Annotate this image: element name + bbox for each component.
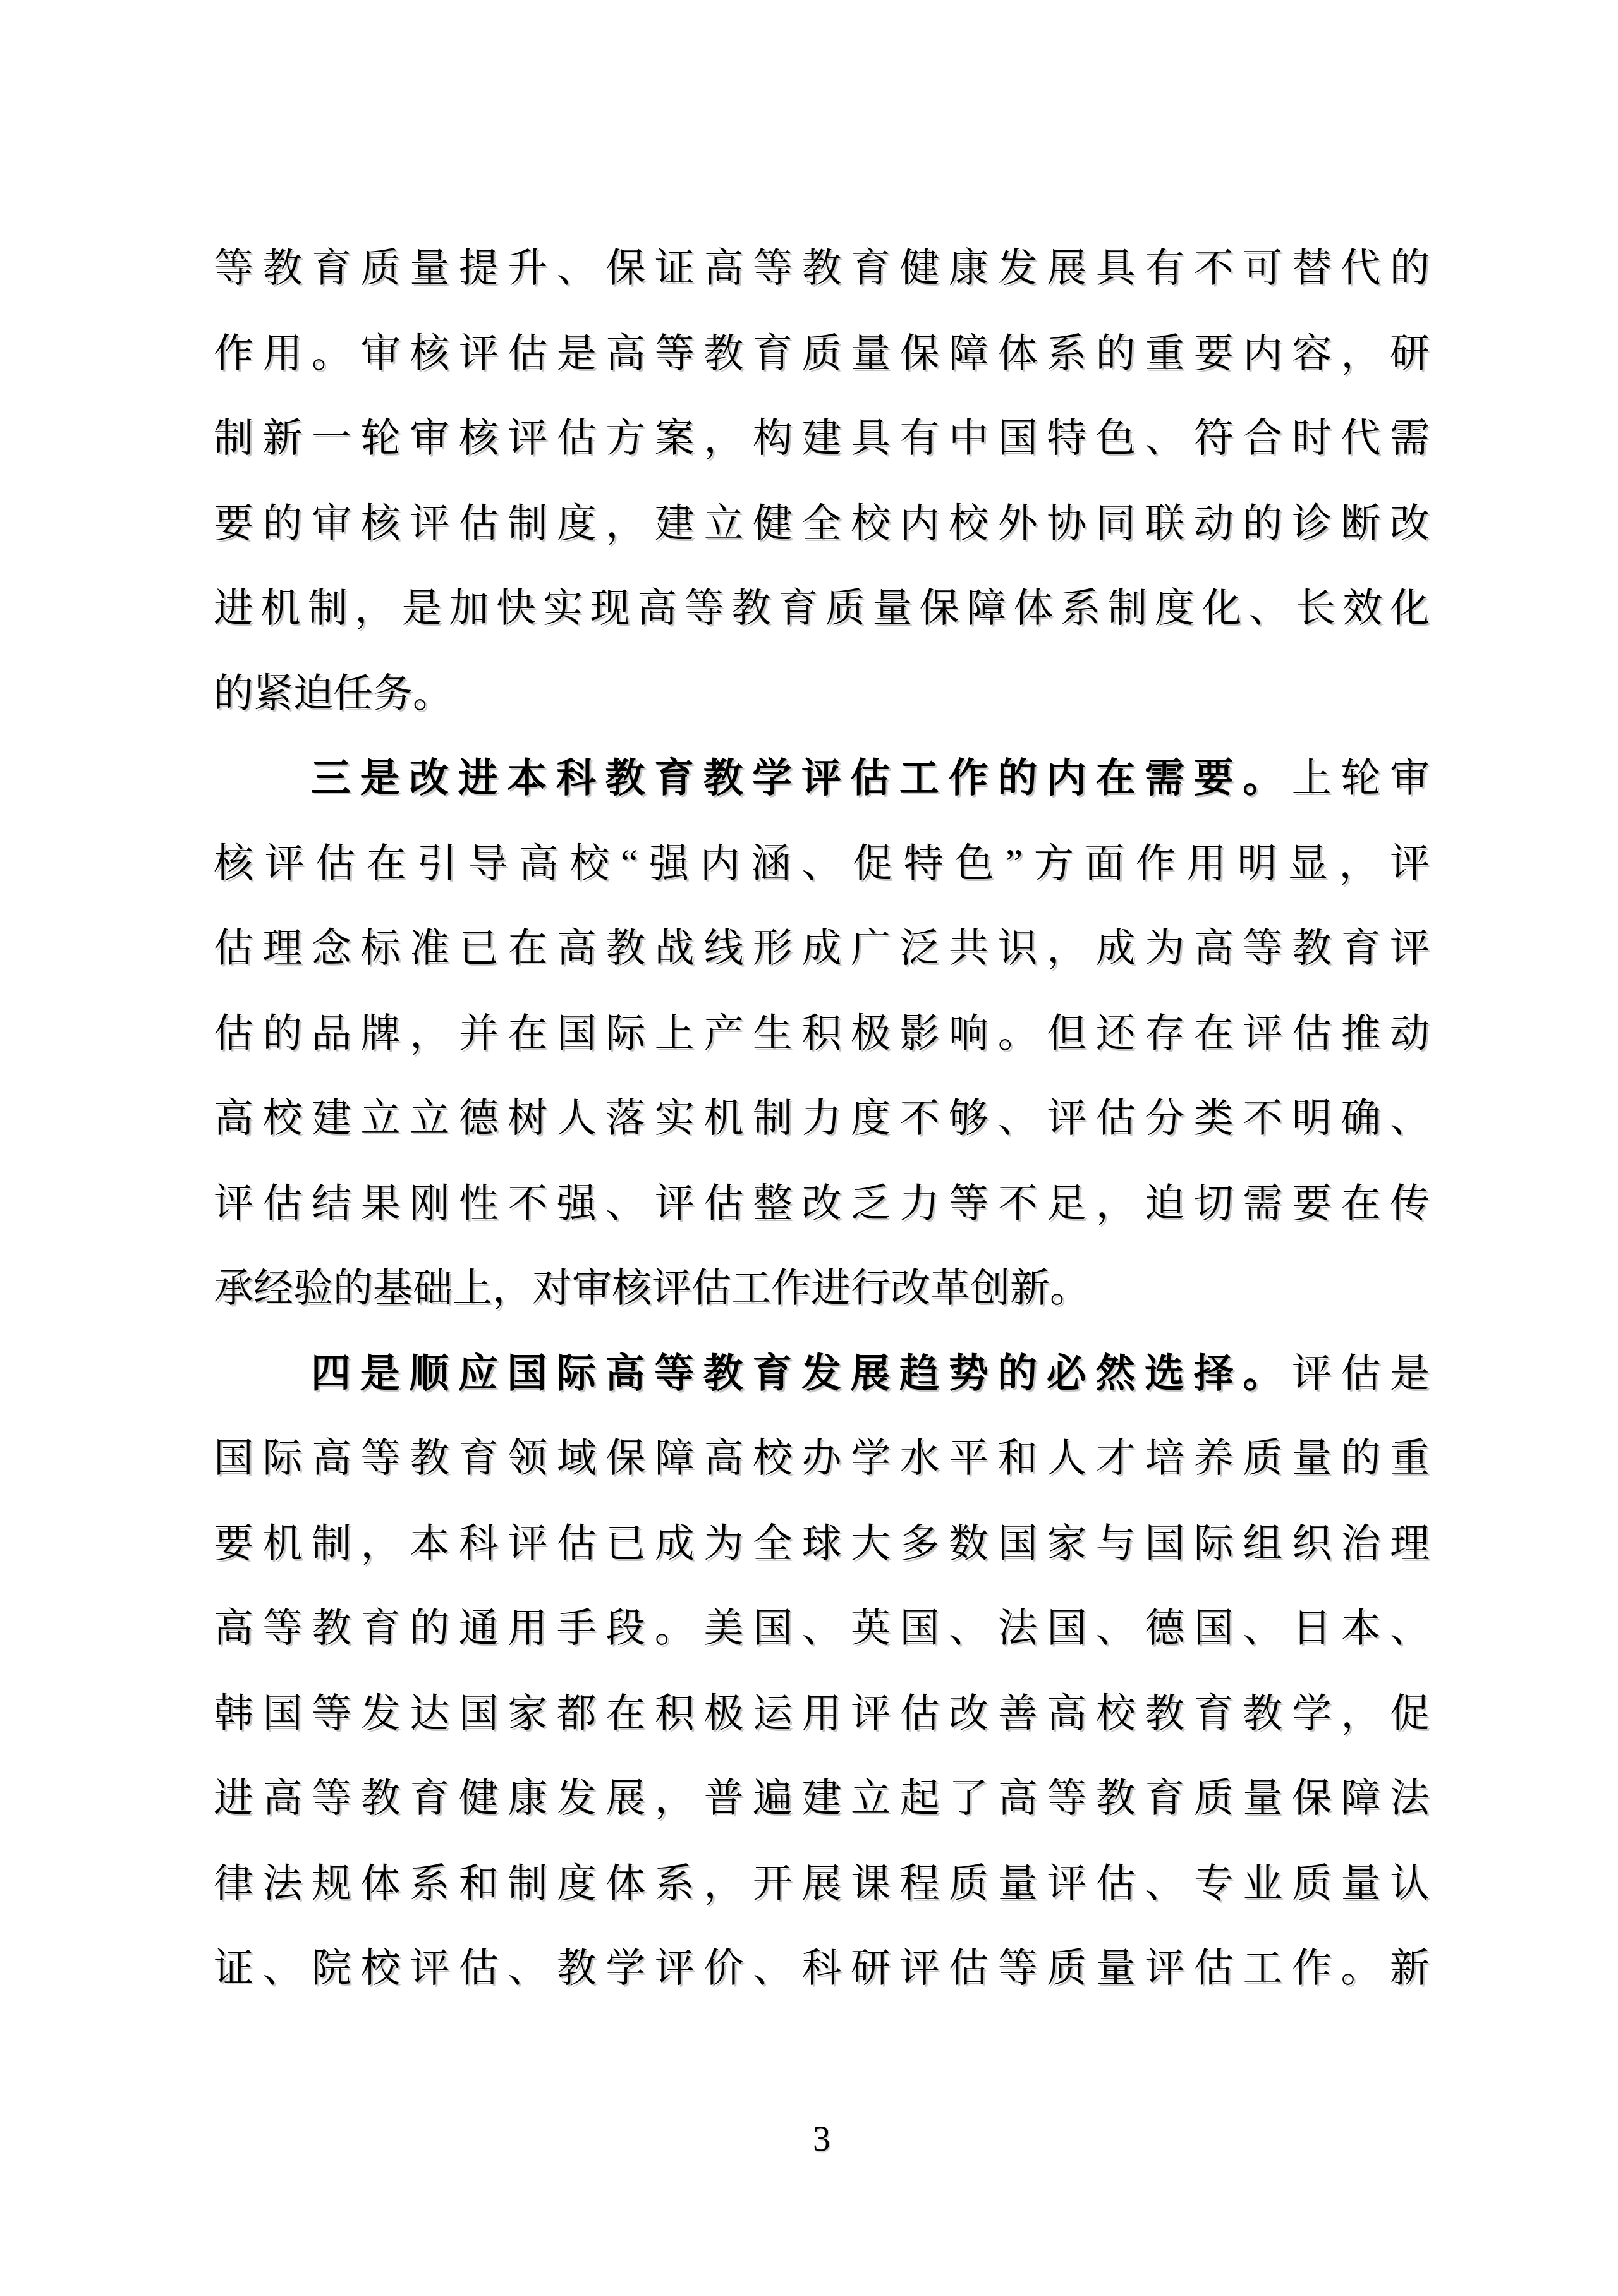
text-run: 进机制，是加快实现高等教育质量保障体系制度化、长效化 xyxy=(214,586,1430,630)
text-line: 制新一轮审核评估方案，构建具有中国特色、符合时代需 xyxy=(214,396,1430,481)
text-line: 进机制，是加快实现高等教育质量保障体系制度化、长效化 xyxy=(214,566,1430,651)
bold-heading-run: 三是改进本科教育教学评估工作的内在需要。 xyxy=(311,756,1292,800)
text-run: 核评估在引导高校“强内涵、促特色”方面作用明显，评 xyxy=(214,841,1430,885)
text-line: 作用。审核评估是高等教育质量保障体系的重要内容，研 xyxy=(214,311,1430,396)
text-line: 进高等教育健康发展，普遍建立起了高等教育质量保障法 xyxy=(214,1756,1430,1841)
text-run: 国际高等教育领域保障高校办学水平和人才培养质量的重 xyxy=(214,1436,1430,1480)
text-line: 的紧迫任务。 xyxy=(214,651,1430,736)
text-run: 评估是 xyxy=(1292,1351,1430,1395)
text-line: 高等教育的通用手段。美国、英国、法国、德国、日本、 xyxy=(214,1586,1430,1671)
text-run: 进高等教育健康发展，普遍建立起了高等教育质量保障法 xyxy=(214,1776,1430,1820)
text-line: 承经验的基础上，对审核评估工作进行改革创新。 xyxy=(214,1246,1430,1331)
text-run: 要机制，本科评估已成为全球大多数国家与国际组织治理 xyxy=(214,1521,1430,1565)
document-body: 等教育质量提升、保证高等教育健康发展具有不可替代的作用。审核评估是高等教育质量保… xyxy=(214,226,1430,2011)
text-run: 作用。审核评估是高等教育质量保障体系的重要内容，研 xyxy=(214,331,1430,375)
text-run: 估理念标准已在高教战线形成广泛共识，成为高等教育评 xyxy=(214,926,1430,970)
text-line: 要机制，本科评估已成为全球大多数国家与国际组织治理 xyxy=(214,1501,1430,1586)
page-number: 3 xyxy=(214,2097,1430,2182)
text-run: 高校建立立德树人落实机制力度不够、评估分类不明确、 xyxy=(214,1096,1430,1140)
text-line: 国际高等教育领域保障高校办学水平和人才培养质量的重 xyxy=(214,1416,1430,1501)
text-run: 韩国等发达国家都在积极运用评估改善高校教育教学，促 xyxy=(214,1691,1430,1735)
text-run: 律法规体系和制度体系，开展课程质量评估、专业质量认 xyxy=(214,1861,1430,1905)
text-line: 核评估在引导高校“强内涵、促特色”方面作用明显，评 xyxy=(214,821,1430,906)
text-run: 上轮审 xyxy=(1292,756,1430,800)
text-run: 估的品牌，并在国际上产生积极影响。但还存在评估推动 xyxy=(214,1011,1430,1055)
text-line: 要的审核评估制度，建立健全校内校外协同联动的诊断改 xyxy=(214,481,1430,566)
text-line: 评估结果刚性不强、评估整改乏力等不足，迫切需要在传 xyxy=(214,1161,1430,1246)
text-line: 律法规体系和制度体系，开展课程质量评估、专业质量认 xyxy=(214,1841,1430,1926)
text-line: 等教育质量提升、保证高等教育健康发展具有不可替代的 xyxy=(214,226,1430,311)
bold-heading-run: 四是顺应国际高等教育发展趋势的必然选择。 xyxy=(311,1351,1292,1395)
text-line: 估理念标准已在高教战线形成广泛共识，成为高等教育评 xyxy=(214,906,1430,991)
text-run: 等教育质量提升、保证高等教育健康发展具有不可替代的 xyxy=(214,246,1430,290)
text-line: 三是改进本科教育教学评估工作的内在需要。上轮审 xyxy=(214,736,1430,821)
document-page: 等教育质量提升、保证高等教育健康发展具有不可替代的作用。审核评估是高等教育质量保… xyxy=(0,0,1618,2296)
text-run: 制新一轮审核评估方案，构建具有中国特色、符合时代需 xyxy=(214,416,1430,460)
text-line: 四是顺应国际高等教育发展趋势的必然选择。评估是 xyxy=(214,1331,1430,1416)
text-line: 高校建立立德树人落实机制力度不够、评估分类不明确、 xyxy=(214,1076,1430,1161)
text-run: 高等教育的通用手段。美国、英国、法国、德国、日本、 xyxy=(214,1606,1430,1650)
text-line: 估的品牌，并在国际上产生积极影响。但还存在评估推动 xyxy=(214,991,1430,1076)
text-line: 韩国等发达国家都在积极运用评估改善高校教育教学，促 xyxy=(214,1671,1430,1756)
text-run: 评估结果刚性不强、评估整改乏力等不足，迫切需要在传 xyxy=(214,1181,1430,1225)
text-line: 证、院校评估、教学评价、科研评估等质量评估工作。新 xyxy=(214,1926,1430,2011)
text-run: 要的审核评估制度，建立健全校内校外协同联动的诊断改 xyxy=(214,501,1430,545)
text-run: 承经验的基础上，对审核评估工作进行改革创新。 xyxy=(214,1266,1090,1310)
text-run: 的紧迫任务。 xyxy=(214,671,453,715)
text-run: 证、院校评估、教学评价、科研评估等质量评估工作。新 xyxy=(214,1946,1430,1990)
